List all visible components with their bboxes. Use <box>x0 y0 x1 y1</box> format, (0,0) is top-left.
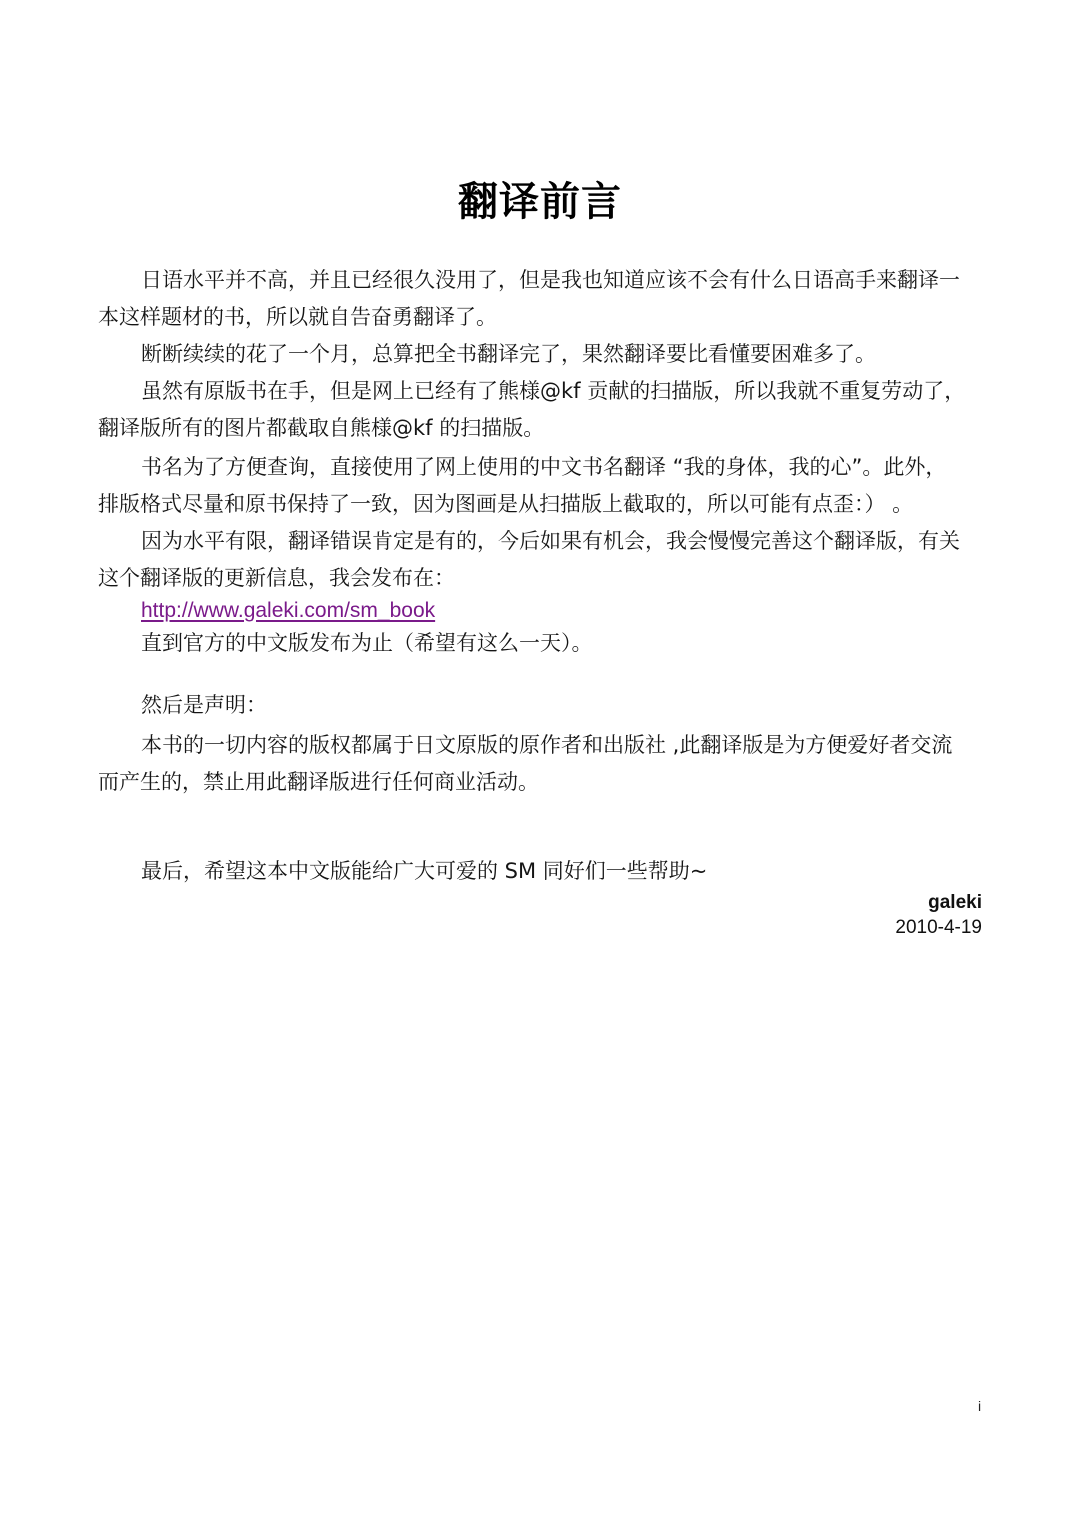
statement-heading: 然后是声明： <box>141 690 1031 720</box>
closing-line: 最后，希望这本中文版能给广大可爱的 SM 同好们一些帮助~ <box>141 856 1031 886</box>
signature-date: 2010-4-19 <box>895 915 982 941</box>
document-page: 翻译前言 日语水平并不高，并且已经很久没用了，但是我也知道应该不会有什么日语高手… <box>0 0 1080 1527</box>
signature-name: galeki <box>928 890 982 916</box>
paragraph-4-line-2: 排版格式尽量和原书保持了一致，因为图画是从扫描版上截取的，所以可能有点歪：） 。 <box>98 489 988 519</box>
paragraph-4-line-1: 书名为了方便查询，直接使用了网上使用的中文书名翻译 “我的身体，我的心”。此外， <box>141 452 1031 482</box>
page-title: 翻译前言 <box>0 170 1080 227</box>
paragraph-5-line-2: 这个翻译版的更新信息，我会发布在： <box>98 563 988 593</box>
paragraph-1-line-1: 日语水平并不高，并且已经很久没用了，但是我也知道应该不会有什么日语高手来翻译一 <box>141 265 1031 295</box>
page-number: i <box>978 1398 981 1414</box>
paragraph-5-line-1: 因为水平有限，翻译错误肯定是有的，今后如果有机会，我会慢慢完善这个翻译版，有关 <box>141 526 1031 556</box>
paragraph-7-line-1: 本书的一切内容的版权都属于日文原版的原作者和出版社 ,此翻译版是为方便爱好者交流 <box>141 730 1031 760</box>
paragraph-3-line-2: 翻译版所有的图片都截取自熊様@kf 的扫描版。 <box>98 413 988 443</box>
update-link[interactable]: http://www.galeki.com/sm_book <box>141 599 435 622</box>
paragraph-2-line-1: 断断续续的花了一个月，总算把全书翻译完了，果然翻译要比看懂要困难多了。 <box>141 339 1031 369</box>
paragraph-1-line-2: 本这样题材的书，所以就自告奋勇翻译了。 <box>98 302 988 332</box>
paragraph-7-line-2: 而产生的，禁止用此翻译版进行任何商业活动。 <box>98 767 988 797</box>
update-link-line: http://www.galeki.com/sm_book <box>141 595 1031 626</box>
paragraph-3-line-1: 虽然有原版书在手，但是网上已经有了熊様@kf 贡献的扫描版，所以我就不重复劳动了… <box>141 376 1031 406</box>
paragraph-5-line-3: 直到官方的中文版发布为止（希望有这么一天）。 <box>141 628 1031 658</box>
